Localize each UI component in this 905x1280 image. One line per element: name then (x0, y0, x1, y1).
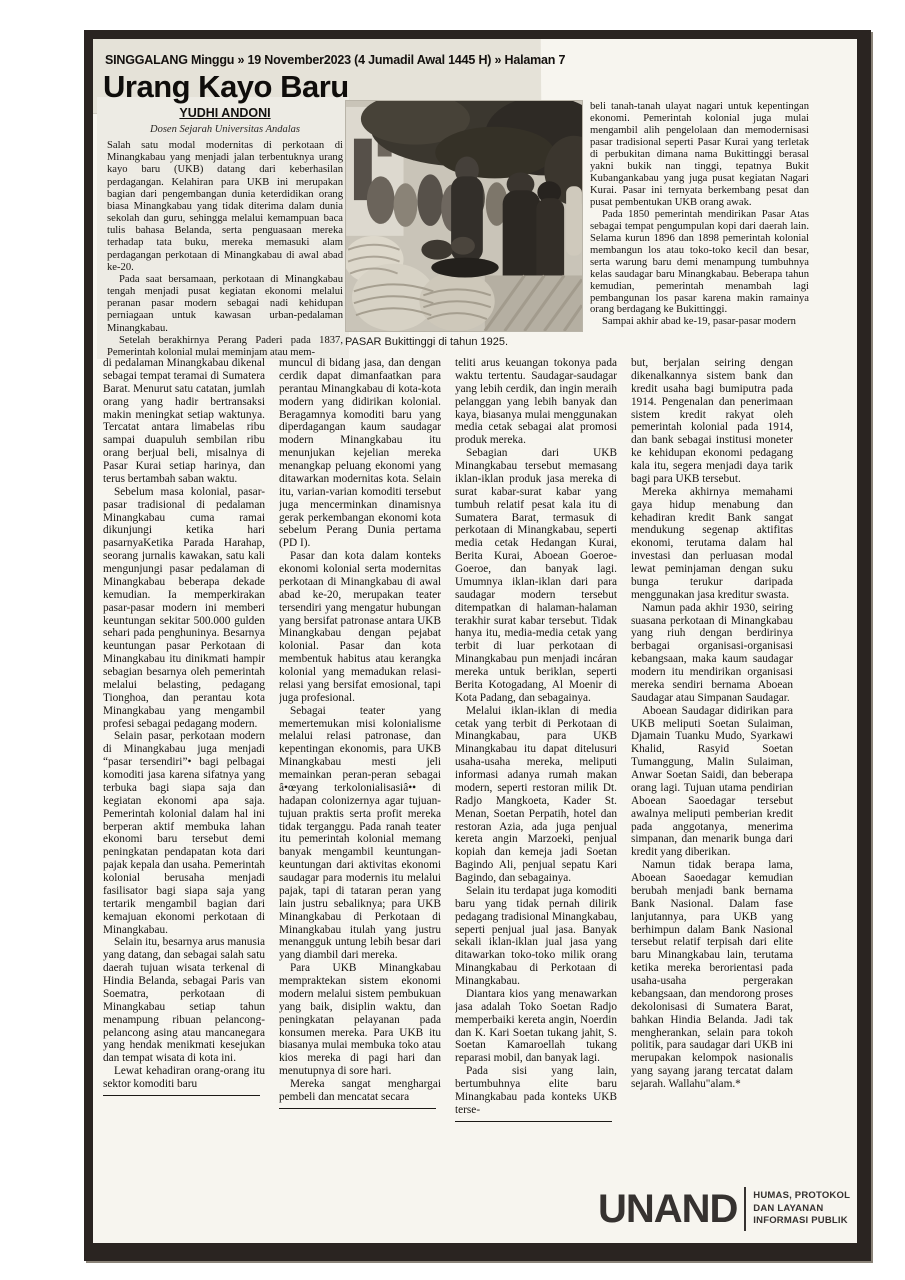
column-text: but, berjalan seiring dengan dikenalkann… (631, 357, 793, 1091)
paragraph: muncul di bidang jasa, dan dengan cerdik… (279, 357, 441, 550)
paragraph: Aboean Saudagar didirikan para UKB melip… (631, 705, 793, 860)
paragraph: Sebagian dari UKB Minangkabau tersebut m… (455, 447, 617, 705)
paragraph: beli tanah-tanah ulayat nagari untuk kep… (590, 101, 809, 209)
paragraph: Pasar dan kota dalam konteks ekonomi kol… (279, 550, 441, 705)
market-photo (345, 100, 583, 332)
paragraph: Pada sisi yang lain, bertumbuhnya elite … (455, 1065, 617, 1117)
dept-line-1: HUMAS, PROTOKOL (753, 1190, 850, 1201)
paragraph: Sebagai teater yang memertemukan misi ko… (279, 705, 441, 963)
paragraph: Setelah berakhirnya Perang Paderi pada 1… (107, 335, 343, 359)
column-text: muncul di bidang jasa, dan dengan cerdik… (279, 357, 441, 1104)
article-body: di pedalaman Minangkabau dikenal sebagai… (93, 357, 857, 1217)
byline: YUDHI ANDONI Dosen Sejarah Universitas A… (107, 104, 343, 135)
paragraph: Namun tidak berapa lama, Aboean Saoedaga… (631, 859, 793, 1091)
author-name: YUDHI ANDONI (179, 106, 270, 120)
paragraph: Namun pada akhir 1930, seiring suasana p… (631, 602, 793, 705)
unand-logo-divider (744, 1187, 746, 1231)
paragraph: Salah satu modal modernitas di perkotaan… (107, 140, 343, 274)
column-end-rule (455, 1121, 612, 1122)
paragraph: Diantara kios yang menawarkan jasa adala… (455, 988, 617, 1065)
unand-logo-text: UNAND (598, 1189, 737, 1229)
body-column-4: but, berjalan seiring dengan dikenalkann… (631, 357, 793, 1091)
paragraph: Pada 1850 pemerintah mendirikan Pasar At… (590, 209, 809, 317)
column-end-rule (279, 1108, 436, 1109)
paragraph: Sebelum masa kolonial, pasar-pasar tradi… (103, 486, 265, 731)
paragraph: Para UKB Minangkabau mempraktekan sistem… (279, 962, 441, 1078)
paragraph: Lewat kehadiran orang-orang itu sektor k… (103, 1065, 265, 1091)
unand-dept-text: HUMAS, PROTOKOL DAN LAYANAN INFORMASI PU… (753, 1190, 857, 1227)
masthead: SINGGALANG Minggu » 19 November2023 (4 J… (105, 53, 565, 67)
paragraph: Selain pasar, perkotaan modern di Minang… (103, 730, 265, 936)
paragraph: Selain itu terdapat juga komoditi baru y… (455, 885, 617, 988)
column-end-rule (103, 1095, 260, 1096)
body-column-2: muncul di bidang jasa, dan dengan cerdik… (279, 357, 441, 1109)
scanned-newspaper-page: SINGGALANG Minggu » 19 November2023 (4 J… (84, 30, 871, 1261)
paragraph: Mereka sangat menghargai pembeli dan men… (279, 1078, 441, 1104)
column-text: teliti arus keuangan tokonya pada waktu … (455, 357, 617, 1117)
paragraph: Selain itu, besarnya arus manusia yang d… (103, 936, 265, 1065)
unand-logo: UNAND HUMAS, PROTOKOL DAN LAYANAN INFORM… (598, 1187, 857, 1231)
photo-caption: PASAR Bukittinggi di tahun 1925. (345, 336, 585, 348)
body-column-1: di pedalaman Minangkabau dikenal sebagai… (103, 357, 265, 1096)
headline: Urang Kayo Baru (103, 69, 349, 105)
intro-column: Salah satu modal modernitas di perkotaan… (107, 140, 343, 360)
paragraph: teliti arus keuangan tokonya pada waktu … (455, 357, 617, 447)
column-text: di pedalaman Minangkabau dikenal sebagai… (103, 357, 265, 1091)
author-title: Dosen Sejarah Universitas Andalas (107, 124, 343, 135)
paragraph: Melalui iklan-iklan di media cetak yang … (455, 705, 617, 885)
paragraph: Pada saat bersamaan, perkotaan di Minang… (107, 274, 343, 335)
paragraph: di pedalaman Minangkabau dikenal sebagai… (103, 357, 265, 486)
photo-figure: PASAR Bukittinggi di tahun 1925. (345, 100, 585, 348)
paragraph: but, berjalan seiring dengan dikenalkann… (631, 357, 793, 486)
paragraph: Sampai akhir abad ke-19, pasar-pasar mod… (590, 316, 809, 328)
dept-line-2: DAN LAYANAN INFORMASI PUBLIK (753, 1203, 848, 1226)
page-content: SINGGALANG Minggu » 19 November2023 (4 J… (93, 39, 857, 1243)
body-column-3: teliti arus keuangan tokonya pada waktu … (455, 357, 617, 1122)
paragraph: Mereka akhirnya memahami gaya hidup mena… (631, 486, 793, 602)
top-right-column: beli tanah-tanah ulayat nagari untuk kep… (590, 101, 809, 353)
